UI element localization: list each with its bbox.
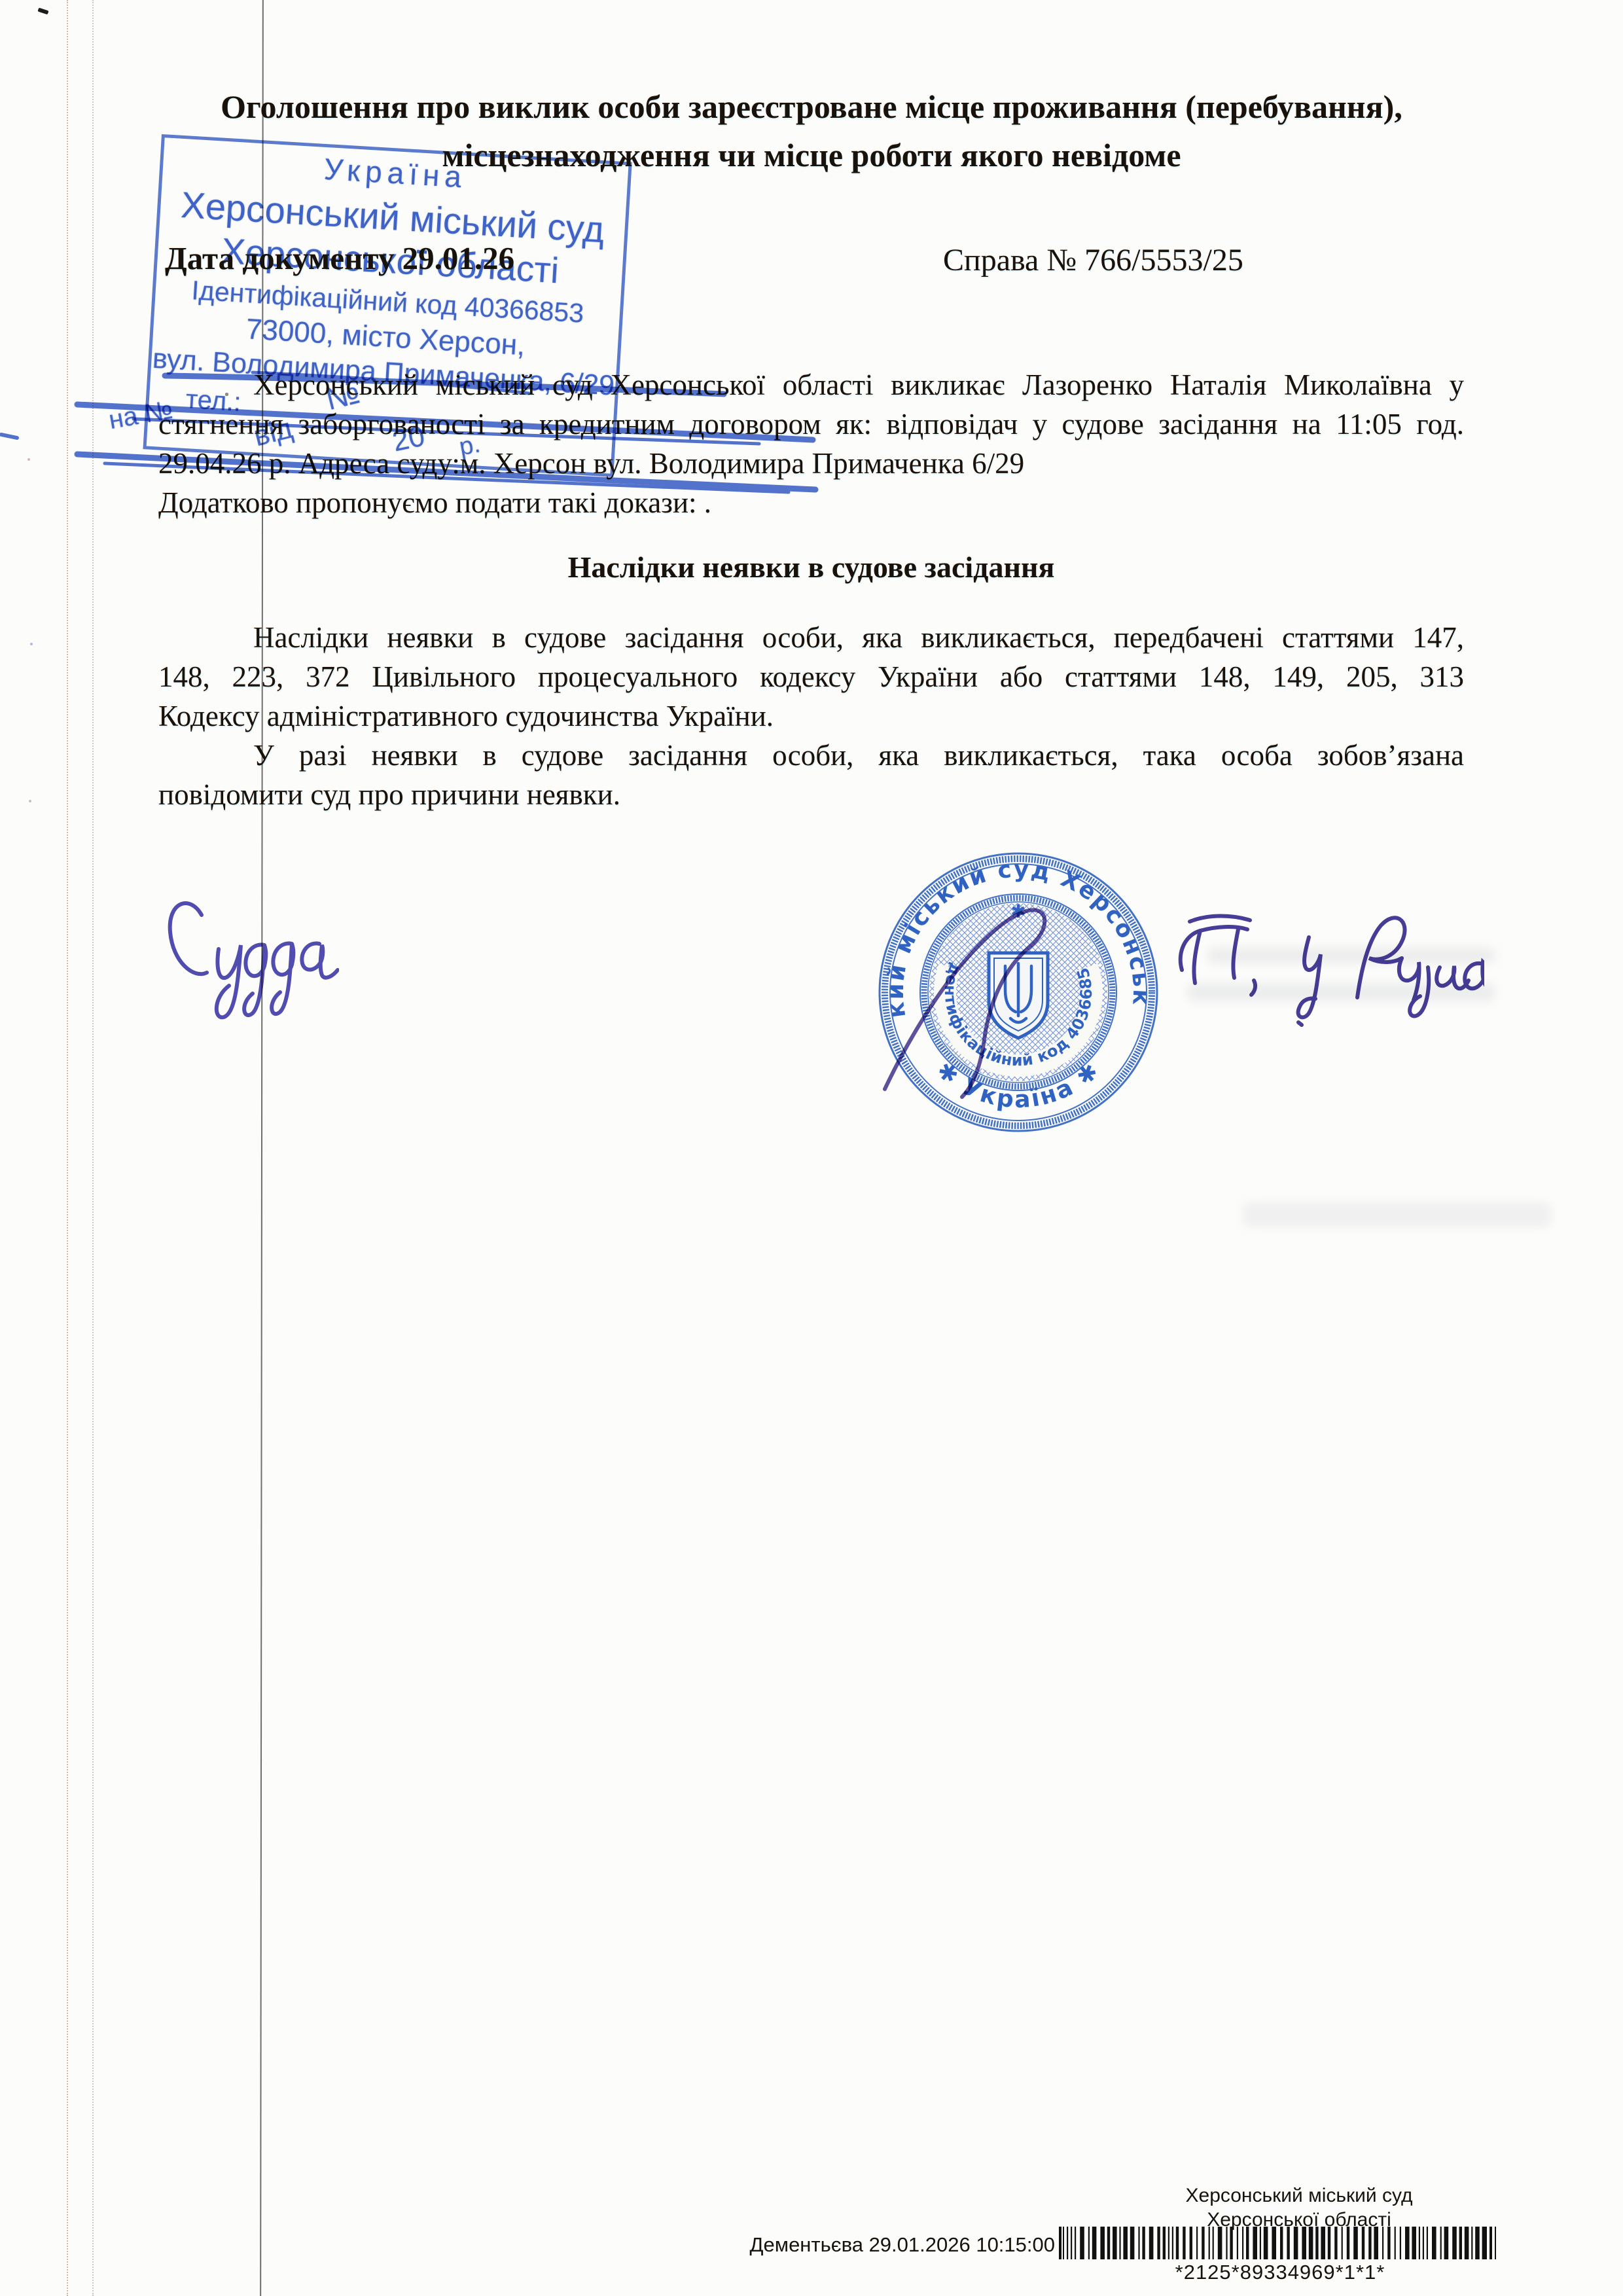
paragraph-line: Наслідки неявки в судове засідання особи…	[158, 618, 1464, 657]
round-court-seal: Херсонський міський суд Херсонської обла…	[870, 844, 1166, 1140]
judge-word-handwriting: Суддя	[156, 876, 339, 1046]
judge-name-signature: Т. І. Редга	[1170, 891, 1484, 1032]
seal-top-star: ✱	[1010, 901, 1026, 922]
scan-artifact-line	[92, 0, 94, 2296]
paragraph-line: 29.04.26 р. Адреса суду:м. Херсон вул. В…	[158, 444, 1464, 483]
section-heading: Наслідки неявки в судове засідання	[158, 550, 1464, 584]
case-number: Справа № 766/5553/25	[943, 242, 1243, 278]
paragraph-line: Додатково пропонуємо подати такі докази:…	[158, 483, 1464, 522]
scanned-court-document: Україна Херсонський міський суд Херсонсь…	[0, 0, 1623, 2296]
trident-emblem	[989, 953, 1048, 1038]
paragraph-line: Херсонський міський суд Херсонської обла…	[158, 365, 1464, 404]
paragraph-line: У разі неявки в судове засідання особи, …	[158, 736, 1464, 775]
scan-speck	[29, 800, 31, 802]
document-date: Дата документу 29.01.26	[165, 240, 514, 277]
scan-speck	[37, 8, 48, 15]
document-title-line1: Оголошення про виклик особи зареєстрован…	[157, 82, 1466, 131]
barcode	[1059, 2227, 1501, 2259]
paragraph-line: 148, 223, 372 Цивільного процесуального …	[158, 657, 1464, 696]
paragraph-line: Кодексу адміністративного судочинства Ук…	[158, 696, 1464, 736]
footer-court-name: Херсонський міський суд Херсонської обла…	[1103, 2183, 1495, 2232]
scan-speck	[27, 458, 30, 461]
footer-operator-timestamp: Дементьєва 29.01.2026 10:15:00	[720, 2233, 1055, 2257]
footer-court-line1: Херсонський міський суд	[1103, 2183, 1495, 2208]
scan-artifact-line	[67, 0, 68, 2296]
paragraph-line: стягнення заборгованості за кредитним до…	[158, 404, 1464, 444]
consequences-paragraph: Наслідки неявки в судове засідання особи…	[158, 618, 1464, 814]
bleedthrough-smudge	[1243, 1203, 1551, 1227]
document-title-line2: місцезнаходження чи місце роботи якого н…	[157, 131, 1466, 179]
document-title: Оголошення про виклик особи зареєстрован…	[157, 82, 1466, 179]
paragraph-line: повідомити суд про причини неявки.	[158, 775, 1464, 814]
scan-speck	[30, 643, 33, 645]
summons-paragraph: Херсонський міський суд Херсонської обла…	[158, 365, 1464, 522]
barcode-value: *2125*89334969*1*1*	[1059, 2261, 1501, 2284]
